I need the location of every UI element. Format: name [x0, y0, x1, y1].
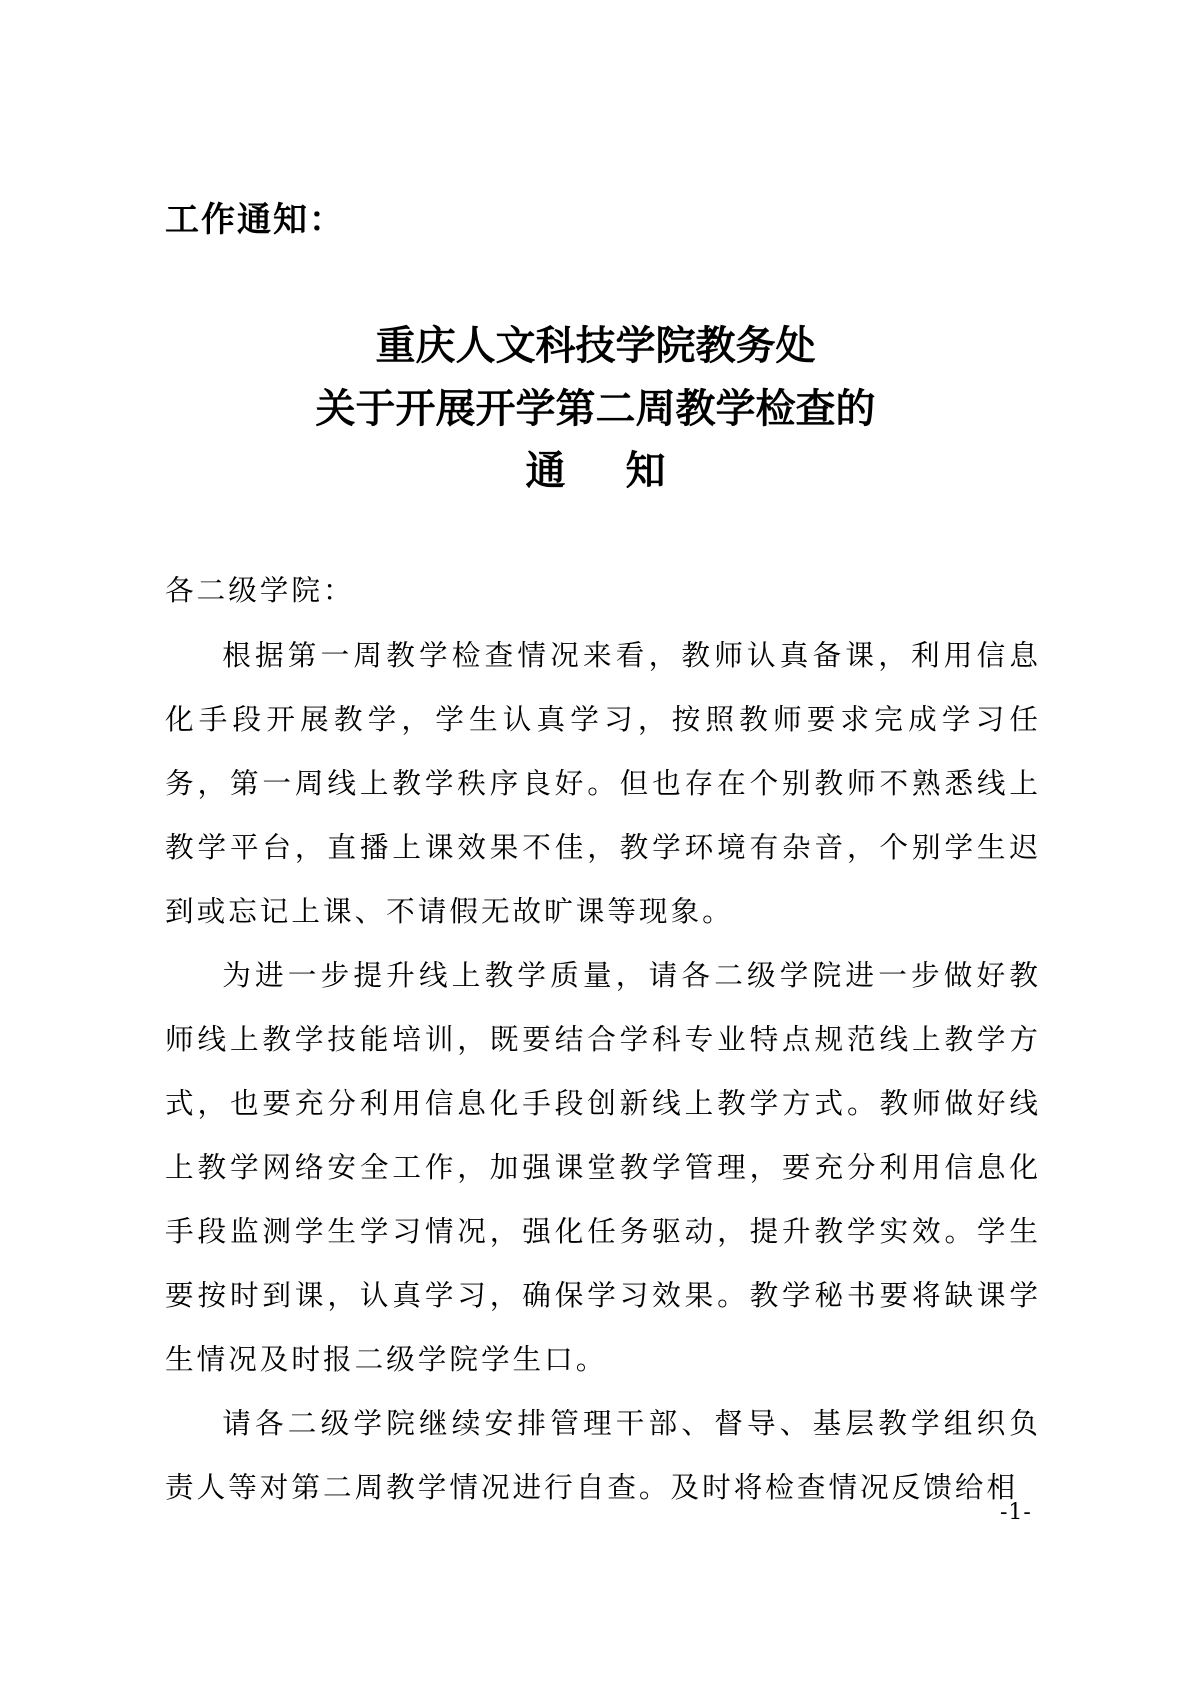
- paragraph-3: 请各二级学院继续安排管理干部、督导、基层教学组织负责人等对第二周教学情况进行自查…: [165, 1391, 1041, 1519]
- notice-label: 工作通知：: [165, 200, 345, 240]
- salutation: 各二级学院：: [165, 570, 355, 610]
- title-char-tong: 通: [526, 448, 566, 494]
- title-line-2: 关于开展开学第二周教学检查的: [0, 385, 1191, 433]
- paragraph-text: 为进一步提升线上教学质量，请各二级学院进一步做好教师线上教学技能培训，既要结合学…: [165, 943, 1041, 1391]
- paragraph-2: 为进一步提升线上教学质量，请各二级学院进一步做好教师线上教学技能培训，既要结合学…: [165, 943, 1041, 1391]
- page-number: -1-: [1000, 1500, 1032, 1525]
- title-line-1: 重庆人文科技学院教务处: [0, 322, 1191, 370]
- title-line-3: 通知: [0, 447, 1191, 495]
- paragraph-text: 请各二级学院继续安排管理干部、督导、基层教学组织负责人等对第二周教学情况进行自查…: [165, 1391, 1041, 1519]
- paragraph-text: 根据第一周教学检查情况来看，教师认真备课，利用信息化手段开展教学，学生认真学习，…: [165, 623, 1041, 943]
- paragraph-1: 根据第一周教学检查情况来看，教师认真备课，利用信息化手段开展教学，学生认真学习，…: [165, 623, 1041, 943]
- title-char-zhi: 知: [626, 448, 666, 494]
